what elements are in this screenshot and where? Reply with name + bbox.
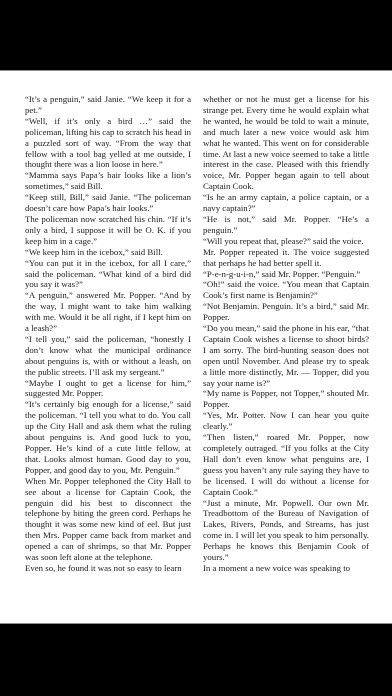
top-letterbox-bar — [0, 0, 392, 71]
paragraph: “It’s certainly big enough for a license… — [25, 399, 191, 475]
paragraph: “P-e-n-g-u-i-n,” said Mr. Popper. “Pengu… — [203, 269, 369, 280]
paragraph: Even so, he found it was not so easy to … — [25, 563, 191, 574]
paragraph: “Just a minute, Mr. Popwell. Our own Mr.… — [203, 498, 369, 563]
paragraph: “Keep still, Bill,” said Janie. “The pol… — [25, 192, 191, 214]
paragraph: “You can put it in the icebox, for all I… — [25, 258, 191, 291]
paragraph: “Not Benjamin. Penguin. It’s a bird,” sa… — [203, 301, 369, 323]
paragraph: “Do you mean,” said the phone in his ear… — [203, 323, 369, 388]
paragraph: “Yes, Mr. Potter. Now I can hear you qui… — [203, 410, 369, 432]
text-column-right: whether or not he must get a license for… — [203, 94, 369, 574]
text-column-left: “It’s a penguin,” said Janie. “We keep i… — [25, 94, 191, 574]
text-columns: “It’s a penguin,” said Janie. “We keep i… — [25, 94, 368, 574]
paragraph: “Oh!” said the voice. “You mean that Cap… — [203, 279, 369, 301]
paragraph: “Maybe I ought to get a license for him,… — [25, 378, 191, 400]
book-page[interactable]: “It’s a penguin,” said Janie. “We keep i… — [0, 71, 392, 623]
paragraph: “We keep him in the icebox,” said Bill. — [25, 247, 191, 258]
paragraph: “Mamma says Papa’s hair looks like a lio… — [25, 170, 191, 192]
paragraph: “He is not,” said Mr. Popper. “He’s a pe… — [203, 214, 369, 236]
paragraph: “I tell you,” said the policeman, “hones… — [25, 334, 191, 378]
paragraph: The policeman now scratched his chin. “I… — [25, 214, 191, 247]
paragraph: Mr. Popper repeated it. The voice sugges… — [203, 247, 369, 269]
paragraph: “Then listen,” roared Mr. Popper, now co… — [203, 432, 369, 497]
paragraph: “It’s a penguin,” said Janie. “We keep i… — [25, 94, 191, 116]
paragraph: “Will you repeat that, please?” said the… — [203, 236, 369, 247]
reader-screen: “It’s a penguin,” said Janie. “We keep i… — [0, 0, 392, 696]
paragraph: In a moment a new voice was speaking to — [203, 563, 369, 574]
paragraph: “My name is Popper, not Topper,” shouted… — [203, 388, 369, 410]
paragraph: When Mr. Popper telephoned the City Hall… — [25, 476, 191, 563]
paragraph: whether or not he must get a license for… — [203, 94, 369, 192]
paragraph: “Well, if it’s only a bird …” said the p… — [25, 116, 191, 171]
paragraph: “Is he an army captain, a police captain… — [203, 192, 369, 214]
bottom-letterbox-bar — [0, 623, 392, 696]
paragraph: “A penguin,” answered Mr. Popper. “And b… — [25, 290, 191, 334]
